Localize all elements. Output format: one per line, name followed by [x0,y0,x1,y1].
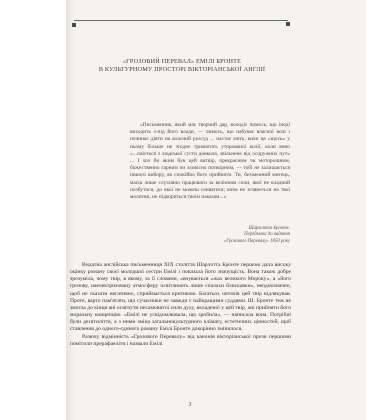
page-number: 3 [180,402,200,408]
header-rule-right-ornament [286,22,290,26]
epigraph: «Письменник, який має творчий дар, волод… [130,122,290,201]
chapter-title-line2: В КУЛЬТУРНОМУ ПРОСТОРІ ВІКТОРІАНСЬКОЇ АН… [74,66,290,74]
page-gutter-shadow [66,0,74,420]
epigraph-attribution: Шарлотта Бронте. Передмова до видання «Г… [130,226,290,245]
epigraph-text: «Письменник, який має творчий дар, волод… [130,122,290,201]
header-rule [74,20,288,21]
body-paragraph-2: Разючу відмінність «Грозового Перевалу» … [70,334,291,348]
attribution-source-line2: «Грозового Перевалу» 1850 року [130,239,290,245]
chapter-title-line1: «ГРОЗОВИЙ ПЕРЕВАЛ» ЕМІЛІ БРОНТЕ [74,58,290,66]
body-paragraph-1: Видатна англійська письменниця XIX столі… [70,262,291,334]
chapter-title: «ГРОЗОВИЙ ПЕРЕВАЛ» ЕМІЛІ БРОНТЕ В КУЛЬТУ… [74,58,290,74]
header-rule-left-ornament [72,23,76,27]
body-text: Видатна англійська письменниця XIX столі… [70,262,291,348]
